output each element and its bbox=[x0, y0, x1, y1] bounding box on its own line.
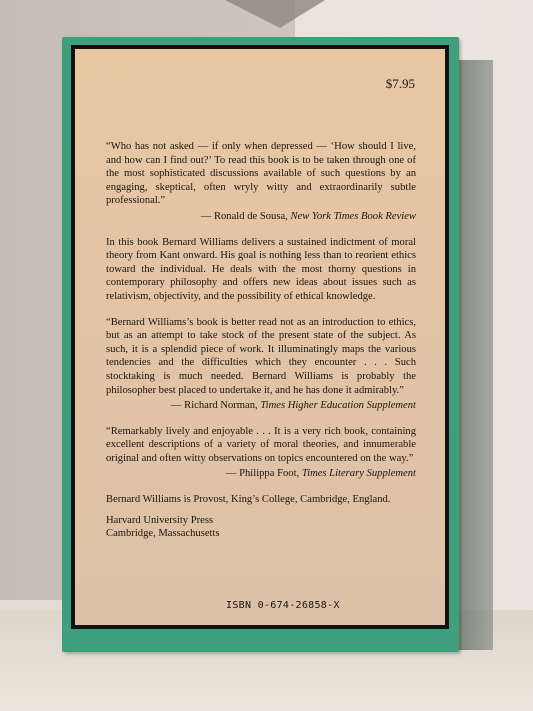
book-shadow bbox=[455, 60, 493, 650]
publisher-location: Cambridge, Massachusetts bbox=[106, 527, 220, 541]
book-back-cover: $7.95 “Who has not asked — if only when … bbox=[62, 37, 459, 652]
cover-text-panel: $7.95 “Who has not asked — if only when … bbox=[71, 45, 449, 629]
blurb-attribution-1: — Ronald de Sousa, New York Times Book R… bbox=[106, 210, 416, 224]
price-label: $7.95 bbox=[386, 76, 415, 92]
author-bio: Bernard Williams is Provost, King’s Coll… bbox=[106, 493, 416, 507]
blurb-attribution-2: — Richard Norman, Times Higher Education… bbox=[106, 399, 416, 413]
blurb-quote-1: “Who has not asked — if only when depres… bbox=[106, 140, 416, 208]
blurb-quote-2: “Bernard Williams’s book is better read … bbox=[106, 316, 416, 398]
publisher-block: Harvard University Press Cambridge, Mass… bbox=[106, 514, 220, 541]
book-description: In this book Bernard Williams delivers a… bbox=[106, 236, 416, 304]
blurb-quote-3: “Remarkably lively and enjoyable . . . I… bbox=[106, 425, 416, 466]
cover-content: “Who has not asked — if only when depres… bbox=[106, 140, 416, 519]
publisher-name: Harvard University Press bbox=[106, 514, 220, 528]
isbn-label: ISBN 0-674-26858-X bbox=[226, 600, 340, 611]
blurb-attribution-3: — Philippa Foot, Times Literary Suppleme… bbox=[106, 467, 416, 481]
